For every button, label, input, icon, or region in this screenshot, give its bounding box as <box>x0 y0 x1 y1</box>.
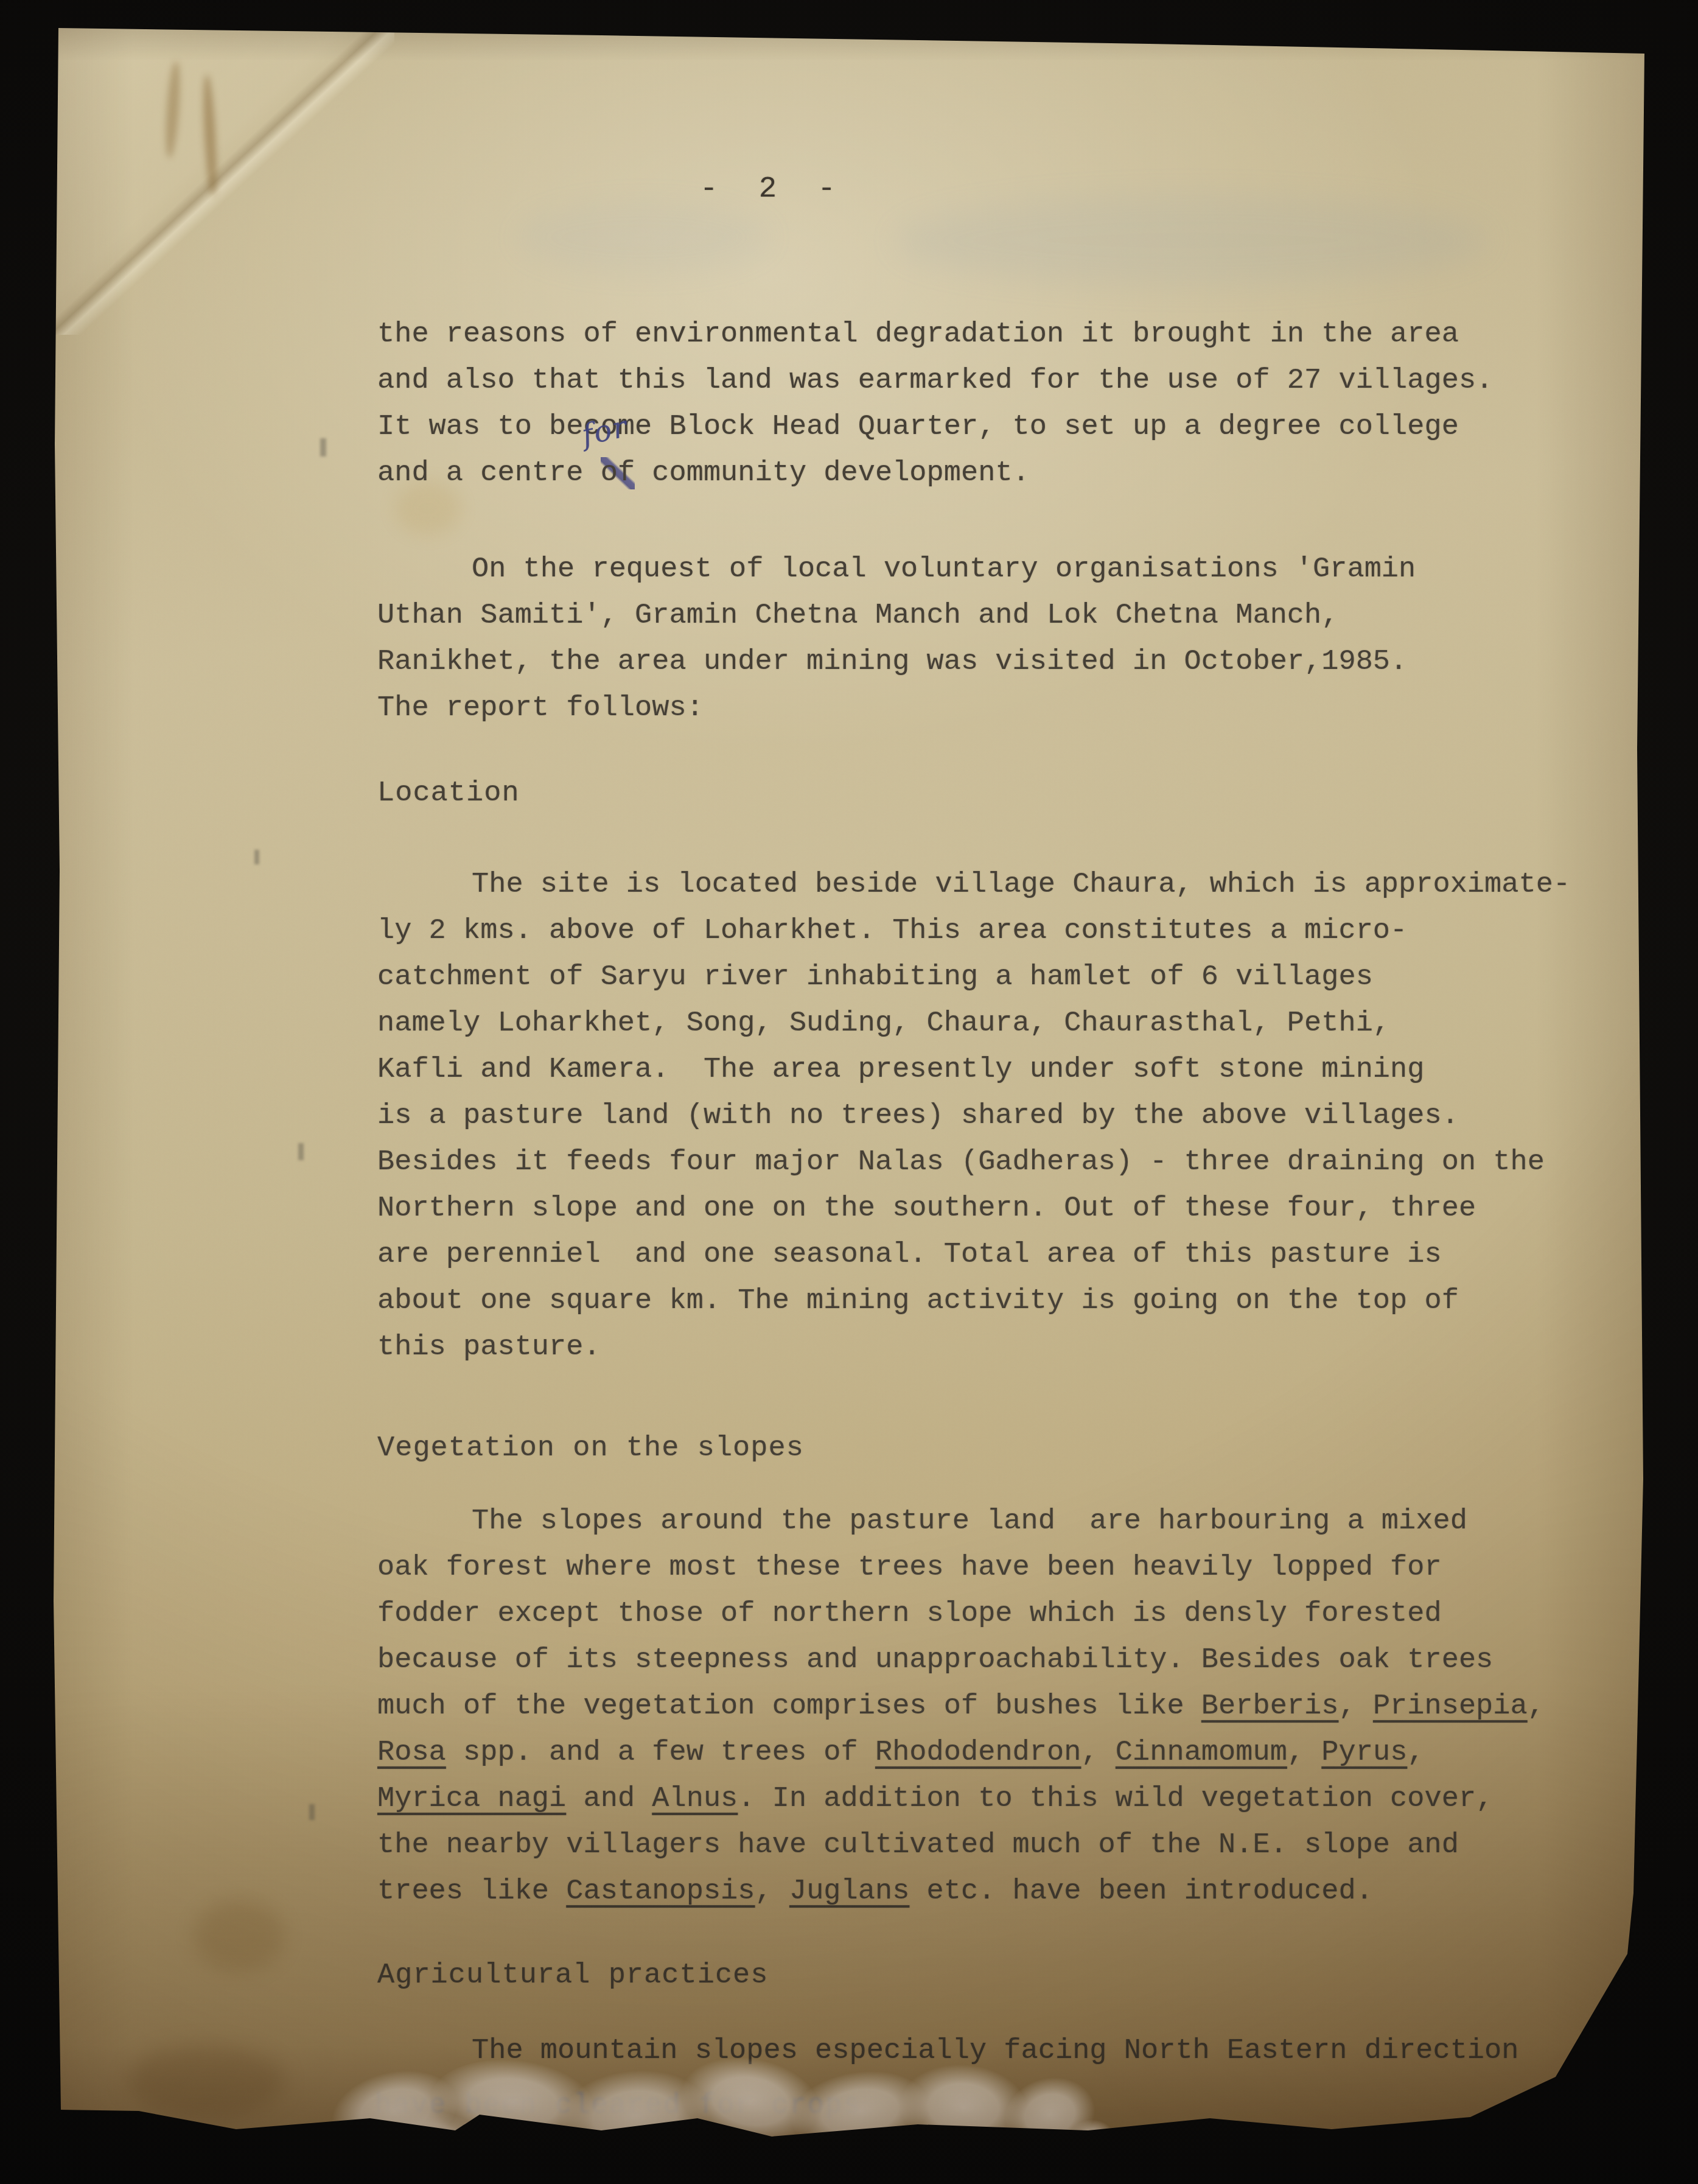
intro-paragraph: the reasons of environmental degradation… <box>377 312 1493 497</box>
text-line: Rosa spp. and a few trees of Rhododendro… <box>377 1730 1545 1776</box>
paper-stain <box>127 2045 285 2118</box>
text-segment: much of the vegetation comprises of bush… <box>377 1690 1201 1723</box>
species-name: Rhododendron <box>875 1737 1081 1769</box>
species-name: Alnus <box>652 1783 738 1815</box>
struck-word: of <box>601 457 635 489</box>
text-segment: community development. <box>635 457 1030 489</box>
species-name: Myrica nagi <box>377 1783 566 1815</box>
species-name: Cinnamomum <box>1116 1737 1287 1769</box>
text-segment: . In addition to this wild vegetation co… <box>738 1783 1493 1815</box>
text-line: and also that this land was earmarked fo… <box>377 358 1493 404</box>
ink-ghost-smudge <box>893 195 1490 286</box>
text-line: fodder except those of northern slope wh… <box>377 1591 1545 1637</box>
paper-stain <box>194 1899 285 1972</box>
scan-background: - 2 - the reasons of environmental degra… <box>0 0 1698 2184</box>
text-line: Besides it feeds four major Nalas (Gadhe… <box>377 1139 1570 1186</box>
species-name: Berberis <box>1201 1690 1339 1723</box>
agriculture-heading: Agricultural practices <box>377 1953 769 1999</box>
margin-mark <box>320 438 326 457</box>
handwritten-correction: for <box>579 412 631 450</box>
text-line: namely Loharkhet, Song, Suding, Chaura, … <box>377 1001 1570 1047</box>
species-name: Rosa <box>377 1737 446 1769</box>
margin-mark <box>298 1143 304 1160</box>
text-segment: etc. have been introduced. <box>909 1875 1373 1908</box>
text-line: are perenniel and one seasonal. Total ar… <box>377 1232 1570 1278</box>
request-paragraph: On the request of local voluntary organi… <box>377 547 1416 732</box>
text-line: and a centre of community development.fo… <box>377 450 1493 497</box>
text-line: trees like Castanopsis, Juglans etc. hav… <box>377 1869 1545 1915</box>
fold-crease <box>54 18 394 335</box>
text-line: the reasons of environmental degradation… <box>377 312 1493 358</box>
text-line: It was to become Block Head Quarter, to … <box>377 404 1493 450</box>
species-name: Juglans <box>789 1875 909 1908</box>
text-line: about one square km. The mining activity… <box>377 1278 1570 1325</box>
ink-ghost-smudge <box>516 201 772 274</box>
text-line: much of the vegetation comprises of bush… <box>377 1684 1545 1730</box>
text-line: On the request of local voluntary organi… <box>377 547 1416 593</box>
text-line: ly 2 kms. above of Loharkhet. This area … <box>377 908 1570 954</box>
text-segment: , <box>755 1875 789 1908</box>
text-segment: , <box>1287 1737 1321 1769</box>
text-segment: , <box>1081 1737 1115 1769</box>
location-paragraph: The site is located beside village Chaur… <box>377 862 1570 1371</box>
text-line: oak forest where most these trees have b… <box>377 1545 1545 1591</box>
margin-mark <box>309 1804 315 1820</box>
text-segment: , <box>1407 1737 1424 1769</box>
species-name: Prinsepia <box>1373 1690 1528 1723</box>
page-number: - 2 - <box>700 170 838 207</box>
vegetation-paragraph: The slopes around the pasture land are h… <box>377 1499 1545 1915</box>
text-line: catchment of Saryu river inhabiting a ha… <box>377 954 1570 1001</box>
text-segment: and a centre <box>377 457 601 489</box>
text-segment: , <box>1338 1690 1372 1723</box>
text-segment: spp. and a few trees of <box>446 1737 875 1769</box>
species-name: Pyrus <box>1321 1737 1407 1769</box>
margin-mark <box>254 850 259 864</box>
text-segment: trees like <box>377 1875 566 1908</box>
text-line: is a pasture land (with no trees) shared… <box>377 1093 1570 1139</box>
text-line: this pasture. <box>377 1325 1570 1371</box>
text-line: The report follows: <box>377 685 1416 732</box>
text-segment: and <box>566 1783 652 1815</box>
text-line: Ranikhet, the area under mining was visi… <box>377 639 1416 685</box>
text-line: The slopes around the pasture land are h… <box>377 1499 1545 1545</box>
text-line: Northern slope and one on the southern. … <box>377 1186 1570 1232</box>
text-line: Uthan Samiti', Gramin Chetna Manch and L… <box>377 593 1416 639</box>
text-line: Kafli and Kamera. The area presently und… <box>377 1047 1570 1093</box>
text-line: because of its steepness and unapproacha… <box>377 1637 1545 1684</box>
location-heading: Location <box>377 771 520 817</box>
text-segment: , <box>1528 1690 1545 1723</box>
document-page: - 2 - the reasons of environmental degra… <box>54 18 1648 2152</box>
text-line: the nearby villagers have cultivated muc… <box>377 1822 1545 1869</box>
text-line: The site is located beside village Chaur… <box>377 862 1570 908</box>
species-name: Castanopsis <box>566 1875 755 1908</box>
text-line: Myrica nagi and Alnus. In addition to th… <box>377 1776 1545 1822</box>
correction-fluid-blob <box>1067 2119 1116 2162</box>
whiteout-correction: have been cleared for crops <box>340 2056 1106 2166</box>
vegetation-heading: Vegetation on the slopes <box>377 1426 804 1472</box>
